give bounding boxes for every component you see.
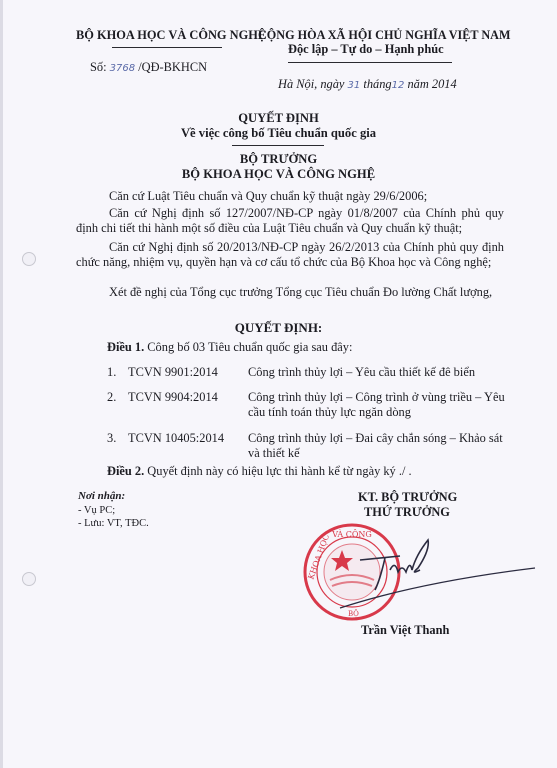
svg-text:BỘ: BỘ <box>348 609 359 618</box>
document-number: Số: 3768 /QĐ-BKHCN <box>90 60 207 75</box>
preamble-1: Căn cứ Luật Tiêu chuẩn và Quy chuẩn kỹ t… <box>76 189 504 204</box>
punch-hole-icon <box>22 252 36 266</box>
handwritten-number: 3768 <box>110 63 135 74</box>
standard-title: Công trình thủy lợi – Yêu cầu thiết kế đ… <box>248 365 508 380</box>
standard-code: TCVN 10405:2014 <box>128 431 224 446</box>
document-subject: Về việc công bố Tiêu chuẩn quốc gia <box>0 126 557 141</box>
punch-hole-icon <box>22 572 36 586</box>
standard-title: Công trình thủy lợi – Công trình ở vùng … <box>248 390 510 420</box>
preamble-2: Căn cứ Nghị định số 127/2007/NĐ-CP ngày … <box>76 206 504 236</box>
country-name: CỘNG HÒA XÃ HỘI CHỦ NGHĨA VIỆT NAM <box>258 28 510 43</box>
standard-code: TCVN 9904:2014 <box>128 390 218 405</box>
article-2: Điều 2. Quyết định này có hiệu lực thi h… <box>107 464 412 479</box>
handwritten-day: 31 <box>348 80 361 91</box>
official-seal-and-signature: VÀ CÔNG KHOA HỌC BỘ <box>300 520 540 630</box>
standard-code: TCVN 9901:2014 <box>128 365 218 380</box>
signer-name: Trần Việt Thanh <box>361 623 449 638</box>
issuer-ministry: BỘ KHOA HỌC VÀ CÔNG NGHỆ <box>0 167 557 182</box>
handwritten-month: 12 <box>392 80 405 91</box>
preamble-4: Xét đề nghị của Tổng cục trưởng Tổng cục… <box>76 285 504 300</box>
decision-heading: QUYẾT ĐỊNH: <box>0 320 557 336</box>
standard-title: Công trình thủy lợi – Đai cây chắn sóng … <box>248 431 510 461</box>
recipient-item: - Lưu: VT, TĐC. <box>78 518 149 529</box>
svg-text:VÀ CÔNG: VÀ CÔNG <box>331 530 372 539</box>
subject-underline <box>232 145 324 146</box>
preamble-3: Căn cứ Nghị định số 20/2013/NĐ-CP ngày 2… <box>76 240 504 270</box>
agency-name: BỘ KHOA HỌC VÀ CÔNG NGHỆ <box>76 28 266 43</box>
recipient-item: - Vụ PC; <box>78 505 115 516</box>
place-and-date: Hà Nội, ngày 31 tháng12 năm 2014 <box>278 77 457 92</box>
document-type: QUYẾT ĐỊNH <box>0 111 557 126</box>
motto-underline <box>288 62 452 63</box>
signature-title-1: KT. BỘ TRƯỞNG <box>358 490 457 505</box>
signature-title-2: THỨ TRƯỞNG <box>364 505 450 520</box>
recipients-heading: Nơi nhận: <box>78 490 125 502</box>
article-1: Điều 1. Công bố 03 Tiêu chuẩn quốc gia s… <box>107 340 352 355</box>
agency-underline <box>112 47 222 48</box>
document-page: BỘ KHOA HỌC VÀ CÔNG NGHỆ Số: 3768 /QĐ-BK… <box>0 0 557 768</box>
issuer-title: BỘ TRƯỞNG <box>0 152 557 167</box>
national-motto: Độc lập – Tự do – Hạnh phúc <box>288 42 444 57</box>
